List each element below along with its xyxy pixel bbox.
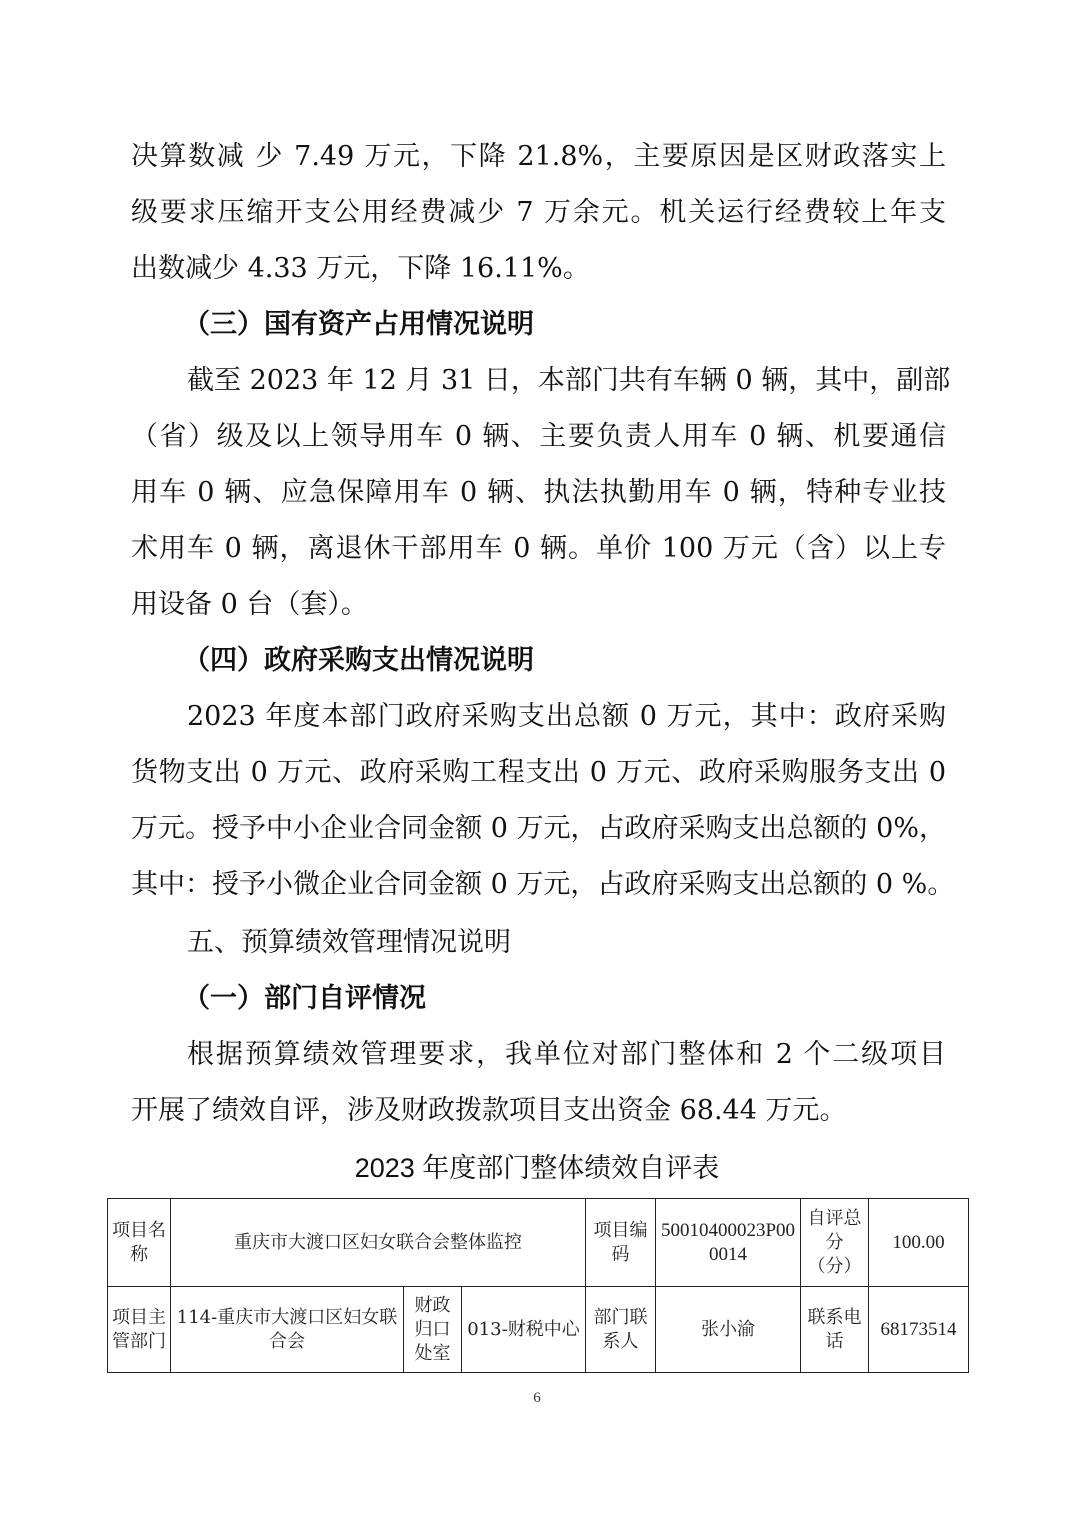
- body-text-line: 决算数减 少 7.49 万元，下降 21.8%，主要原因是区财政落实上: [131, 141, 946, 173]
- project-name-value: 重庆市大渡口区妇女联合会整体监控: [171, 1199, 586, 1287]
- body-text-line: 截至 2023 年 12 月 31 日，本部门共有车辆 0 辆，其中，副部: [187, 365, 946, 397]
- body-text-line: （省）级及以上领导用车 0 辆、主要负责人用车 0 辆、机要通信: [131, 421, 946, 453]
- finance-office-value: 013-财税中心: [462, 1287, 586, 1373]
- project-name-label: 项目名称: [108, 1199, 171, 1287]
- body-text-line: 货物支出 0 万元、政府采购工程支出 0 万元、政府采购服务支出 0: [131, 757, 946, 789]
- body-text-line: 根据预算绩效管理要求，我单位对部门整体和 2 个二级项目: [187, 1039, 946, 1071]
- phone-value: 68173514: [869, 1287, 969, 1373]
- section-heading-procurement: （四）政府采购支出情况说明: [183, 645, 534, 677]
- table-title: 2023 年度部门整体绩效自评表: [0, 1152, 1074, 1184]
- body-text-line: 开展了绩效自评，涉及财政拨款项目支出资金 68.44 万元。: [131, 1095, 946, 1127]
- body-text-line: 级要求压缩开支公用经费减少 7 万余元。机关运行经费较上年支: [131, 197, 946, 229]
- table-row: 项目名称 重庆市大渡口区妇女联合会整体监控 项目编码 50010400023P0…: [108, 1199, 969, 1287]
- dept-value: 114-重庆市大渡口区妇女联合会: [171, 1287, 404, 1373]
- body-text-line: 2023 年度本部门政府采购支出总额 0 万元，其中：政府采购: [187, 701, 946, 733]
- body-text-line: 术用车 0 辆，离退休干部用车 0 辆。单价 100 万元（含）以上专: [131, 533, 946, 565]
- phone-label: 联系电话: [801, 1287, 869, 1373]
- contact-value: 张小渝: [656, 1287, 801, 1373]
- project-code-label: 项目编码: [586, 1199, 656, 1287]
- table-row: 项目主管部门 114-重庆市大渡口区妇女联合会 财政归口处室 013-财税中心 …: [108, 1287, 969, 1373]
- page-number: 6: [0, 1390, 1074, 1407]
- body-text-line: 用车 0 辆、应急保障用车 0 辆、执法执勤用车 0 辆，特种专业技: [131, 477, 946, 509]
- performance-eval-table: 项目名称 重庆市大渡口区妇女联合会整体监控 项目编码 50010400023P0…: [107, 1198, 969, 1373]
- score-label: 自评总分（分）: [801, 1199, 869, 1287]
- subsection-heading-self-eval: （一）部门自评情况: [183, 983, 426, 1015]
- dept-label: 项目主管部门: [108, 1287, 171, 1373]
- score-value: 100.00: [869, 1199, 969, 1287]
- finance-office-label: 财政归口处室: [404, 1287, 462, 1373]
- contact-label: 部门联系人: [586, 1287, 656, 1373]
- body-text-line: 其中：授予小微企业合同金额 0 万元，占政府采购支出总额的 0 %。: [131, 869, 946, 901]
- project-code-value: 50010400023P000014: [656, 1199, 801, 1287]
- document-page: 决算数减 少 7.49 万元，下降 21.8%，主要原因是区财政落实上 级要求压…: [0, 0, 1074, 1520]
- section-heading-performance: 五、预算绩效管理情况说明: [187, 927, 511, 959]
- body-text-line: 出数减少 4.33 万元，下降 16.11%。: [131, 253, 946, 285]
- body-text-line: 万元。授予中小企业合同金额 0 万元，占政府采购支出总额的 0%，: [131, 813, 946, 845]
- section-heading-assets: （三）国有资产占用情况说明: [183, 309, 534, 341]
- body-text-line: 用设备 0 台（套）。: [131, 589, 946, 621]
